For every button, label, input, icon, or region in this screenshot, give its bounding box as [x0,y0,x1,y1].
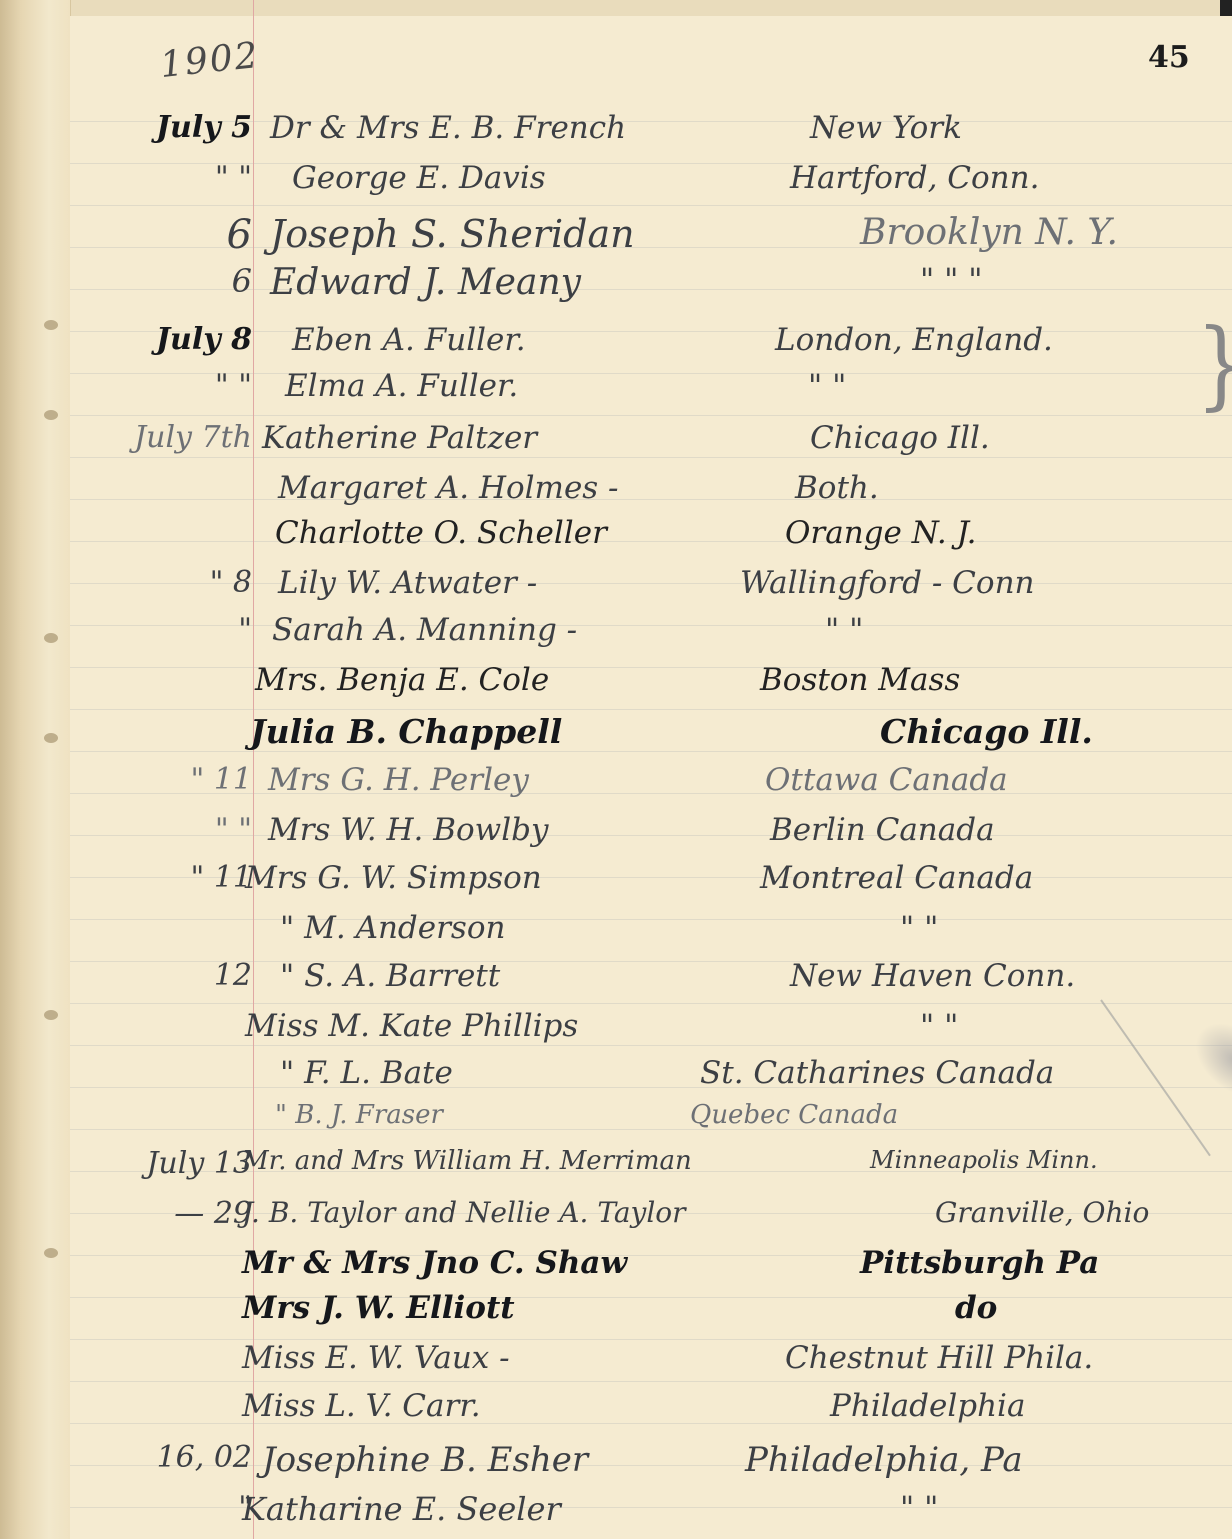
entry-name: Mrs. Benja E. Cole [255,662,549,698]
register-entry: " F. L. Bate St. Catharines Canada [0,1055,1232,1099]
entry-date: 16, 02 [92,1440,252,1475]
register-entry: " 8 Lily W. Atwater - Wallingford - Conn [0,565,1232,609]
entry-date: " " [92,812,252,847]
entry-place: New York [810,110,962,146]
entry-place: " " " [920,262,982,298]
register-entry: 12 " S. A. Barrett New Haven Conn. [0,958,1232,1002]
entry-place: " " [900,910,938,946]
entry-name: Mrs W. H. Bowlby [268,812,548,848]
entry-name: Miss E. W. Vaux - [242,1340,510,1376]
register-entry: July 8 Eben A. Fuller. London, England. [0,322,1232,366]
page-top-edge [0,0,1232,17]
register-entry: " " George E. Davis Hartford, Conn. [0,160,1232,204]
entry-date: July 13 [92,1146,252,1181]
entry-place: Granville, Ohio [935,1196,1149,1229]
register-entry: " " Mrs W. H. Bowlby Berlin Canada [0,812,1232,856]
entry-place: Wallingford - Conn [740,565,1035,601]
register-entry: " M. Anderson " " [0,910,1232,954]
entry-name: J. B. Taylor and Nellie A. Taylor [242,1196,686,1229]
entry-name: " F. L. Bate [280,1055,453,1091]
entry-date: " [92,612,252,647]
entry-date: " [92,1490,252,1525]
register-entry: " B. J. Fraser Quebec Canada [0,1100,1232,1144]
register-entry: " Sarah A. Manning - " " [0,612,1232,656]
entry-date: 12 [92,958,252,993]
register-entry: 6 Edward J. Meany " " " [0,262,1232,306]
entry-place: Philadelphia, Pa [745,1440,1023,1480]
entry-place: Hartford, Conn. [790,160,1039,196]
entry-place: Philadelphia [830,1388,1025,1424]
entry-name: Elma A. Fuller. [285,368,518,404]
entry-place: Brooklyn N. Y. [860,212,1118,253]
entry-name: Julia B. Chappell [250,712,562,751]
register-entry: — 29 J. B. Taylor and Nellie A. Taylor G… [0,1196,1232,1240]
page-number: 45 [1148,40,1190,75]
register-entry: July 7th Katherine Paltzer Chicago Ill. [0,420,1232,464]
entry-place: Chicago Ill. [880,712,1093,751]
register-entry: Margaret A. Holmes - Both. [0,470,1232,514]
entry-place: Both. [795,470,879,506]
entry-place: " " [900,1490,938,1526]
register-entry: " 11 Mrs G. H. Perley Ottawa Canada [0,762,1232,806]
entry-name: Katherine Paltzer [262,420,537,456]
register-entry: Miss M. Kate Phillips " " [0,1008,1232,1052]
register-entry: " Katharine E. Seeler " " [0,1490,1232,1534]
entry-place: " " [920,1008,958,1044]
register-entry: July 5 Dr & Mrs E. B. French New York [0,110,1232,154]
entry-name: " B. J. Fraser [275,1100,443,1130]
entry-name: " M. Anderson [280,910,505,946]
register-entry: Miss L. V. Carr. Philadelphia [0,1388,1232,1432]
entry-place: Pittsburgh Pa [860,1245,1099,1281]
entry-name: Dr & Mrs E. B. French [270,110,626,146]
entry-place: Quebec Canada [690,1100,898,1130]
binder-corner [1220,0,1232,16]
entry-date: " 11 [92,762,252,797]
register-entry: Mrs. Benja E. Cole Boston Mass [0,662,1232,706]
register-entry: " 11 Mrs G. W. Simpson Montreal Canada [0,860,1232,904]
entry-place: Berlin Canada [770,812,995,848]
entry-place: Ottawa Canada [765,762,1008,798]
entry-name: Margaret A. Holmes - [278,470,619,506]
register-entry: " " Elma A. Fuller. " " [0,368,1232,412]
entry-date: " 11 [92,860,252,895]
register-entry: 16, 02 Josephine B. Esher Philadelphia, … [0,1440,1232,1484]
entry-name: Katharine E. Seeler [242,1490,561,1528]
entry-name: Mr. and Mrs William H. Merriman [242,1146,692,1176]
entry-place: Orange N. J. [785,515,976,551]
entry-name: Mrs J. W. Elliott [242,1290,515,1326]
entry-name: Josephine B. Esher [262,1440,588,1480]
entry-date: — 29 [92,1196,252,1231]
entry-date: July 7th [92,420,252,455]
register-entry: 6 Joseph S. Sheridan Brooklyn N. Y. [0,212,1232,256]
entry-name: Mr & Mrs Jno C. Shaw [242,1245,627,1281]
entry-date: July 8 [92,322,252,357]
entry-date: " 8 [92,565,252,600]
entry-date: July 5 [92,110,252,145]
register-entry: Mr & Mrs Jno C. Shaw Pittsburgh Pa [0,1245,1232,1289]
entry-name: Eben A. Fuller. [292,322,526,358]
entry-place: do [955,1290,997,1326]
entry-name: Miss M. Kate Phillips [245,1008,578,1044]
entry-place: " " [825,612,863,648]
entry-place: Chestnut Hill Phila. [785,1340,1093,1376]
entry-place: New Haven Conn. [790,958,1075,994]
register-entry: Miss E. W. Vaux - Chestnut Hill Phila. [0,1340,1232,1384]
entry-name: Sarah A. Manning - [272,612,577,648]
entry-name: Joseph S. Sheridan [270,212,635,256]
entry-name: " S. A. Barrett [280,958,500,994]
register-entry: Mrs J. W. Elliott do [0,1290,1232,1334]
entry-place: Minneapolis Minn. [870,1146,1098,1174]
entry-name: Edward J. Meany [270,262,581,303]
entry-place: St. Catharines Canada [700,1055,1054,1091]
entry-name: Mrs G. H. Perley [268,762,529,798]
entry-place: " " [808,368,846,404]
entry-name: Mrs G. W. Simpson [245,860,542,896]
entry-name: Charlotte O. Scheller [275,515,607,551]
register-entry: July 13 Mr. and Mrs William H. Merriman … [0,1146,1232,1190]
entry-place: Boston Mass [760,662,960,698]
entry-date: " " [92,368,252,403]
entry-place: London, England. [775,322,1053,358]
register-entry: Julia B. Chappell Chicago Ill. [0,712,1232,756]
entry-date: 6 [92,262,252,300]
entry-date: " " [92,160,252,195]
entry-name: Miss L. V. Carr. [242,1388,481,1424]
entry-place: Montreal Canada [760,860,1033,896]
register-entry: Charlotte O. Scheller Orange N. J. [0,515,1232,559]
entry-date: 6 [92,212,252,258]
entry-name: George E. Davis [292,160,546,196]
entry-place: Chicago Ill. [810,420,990,456]
entry-name: Lily W. Atwater - [278,565,537,601]
